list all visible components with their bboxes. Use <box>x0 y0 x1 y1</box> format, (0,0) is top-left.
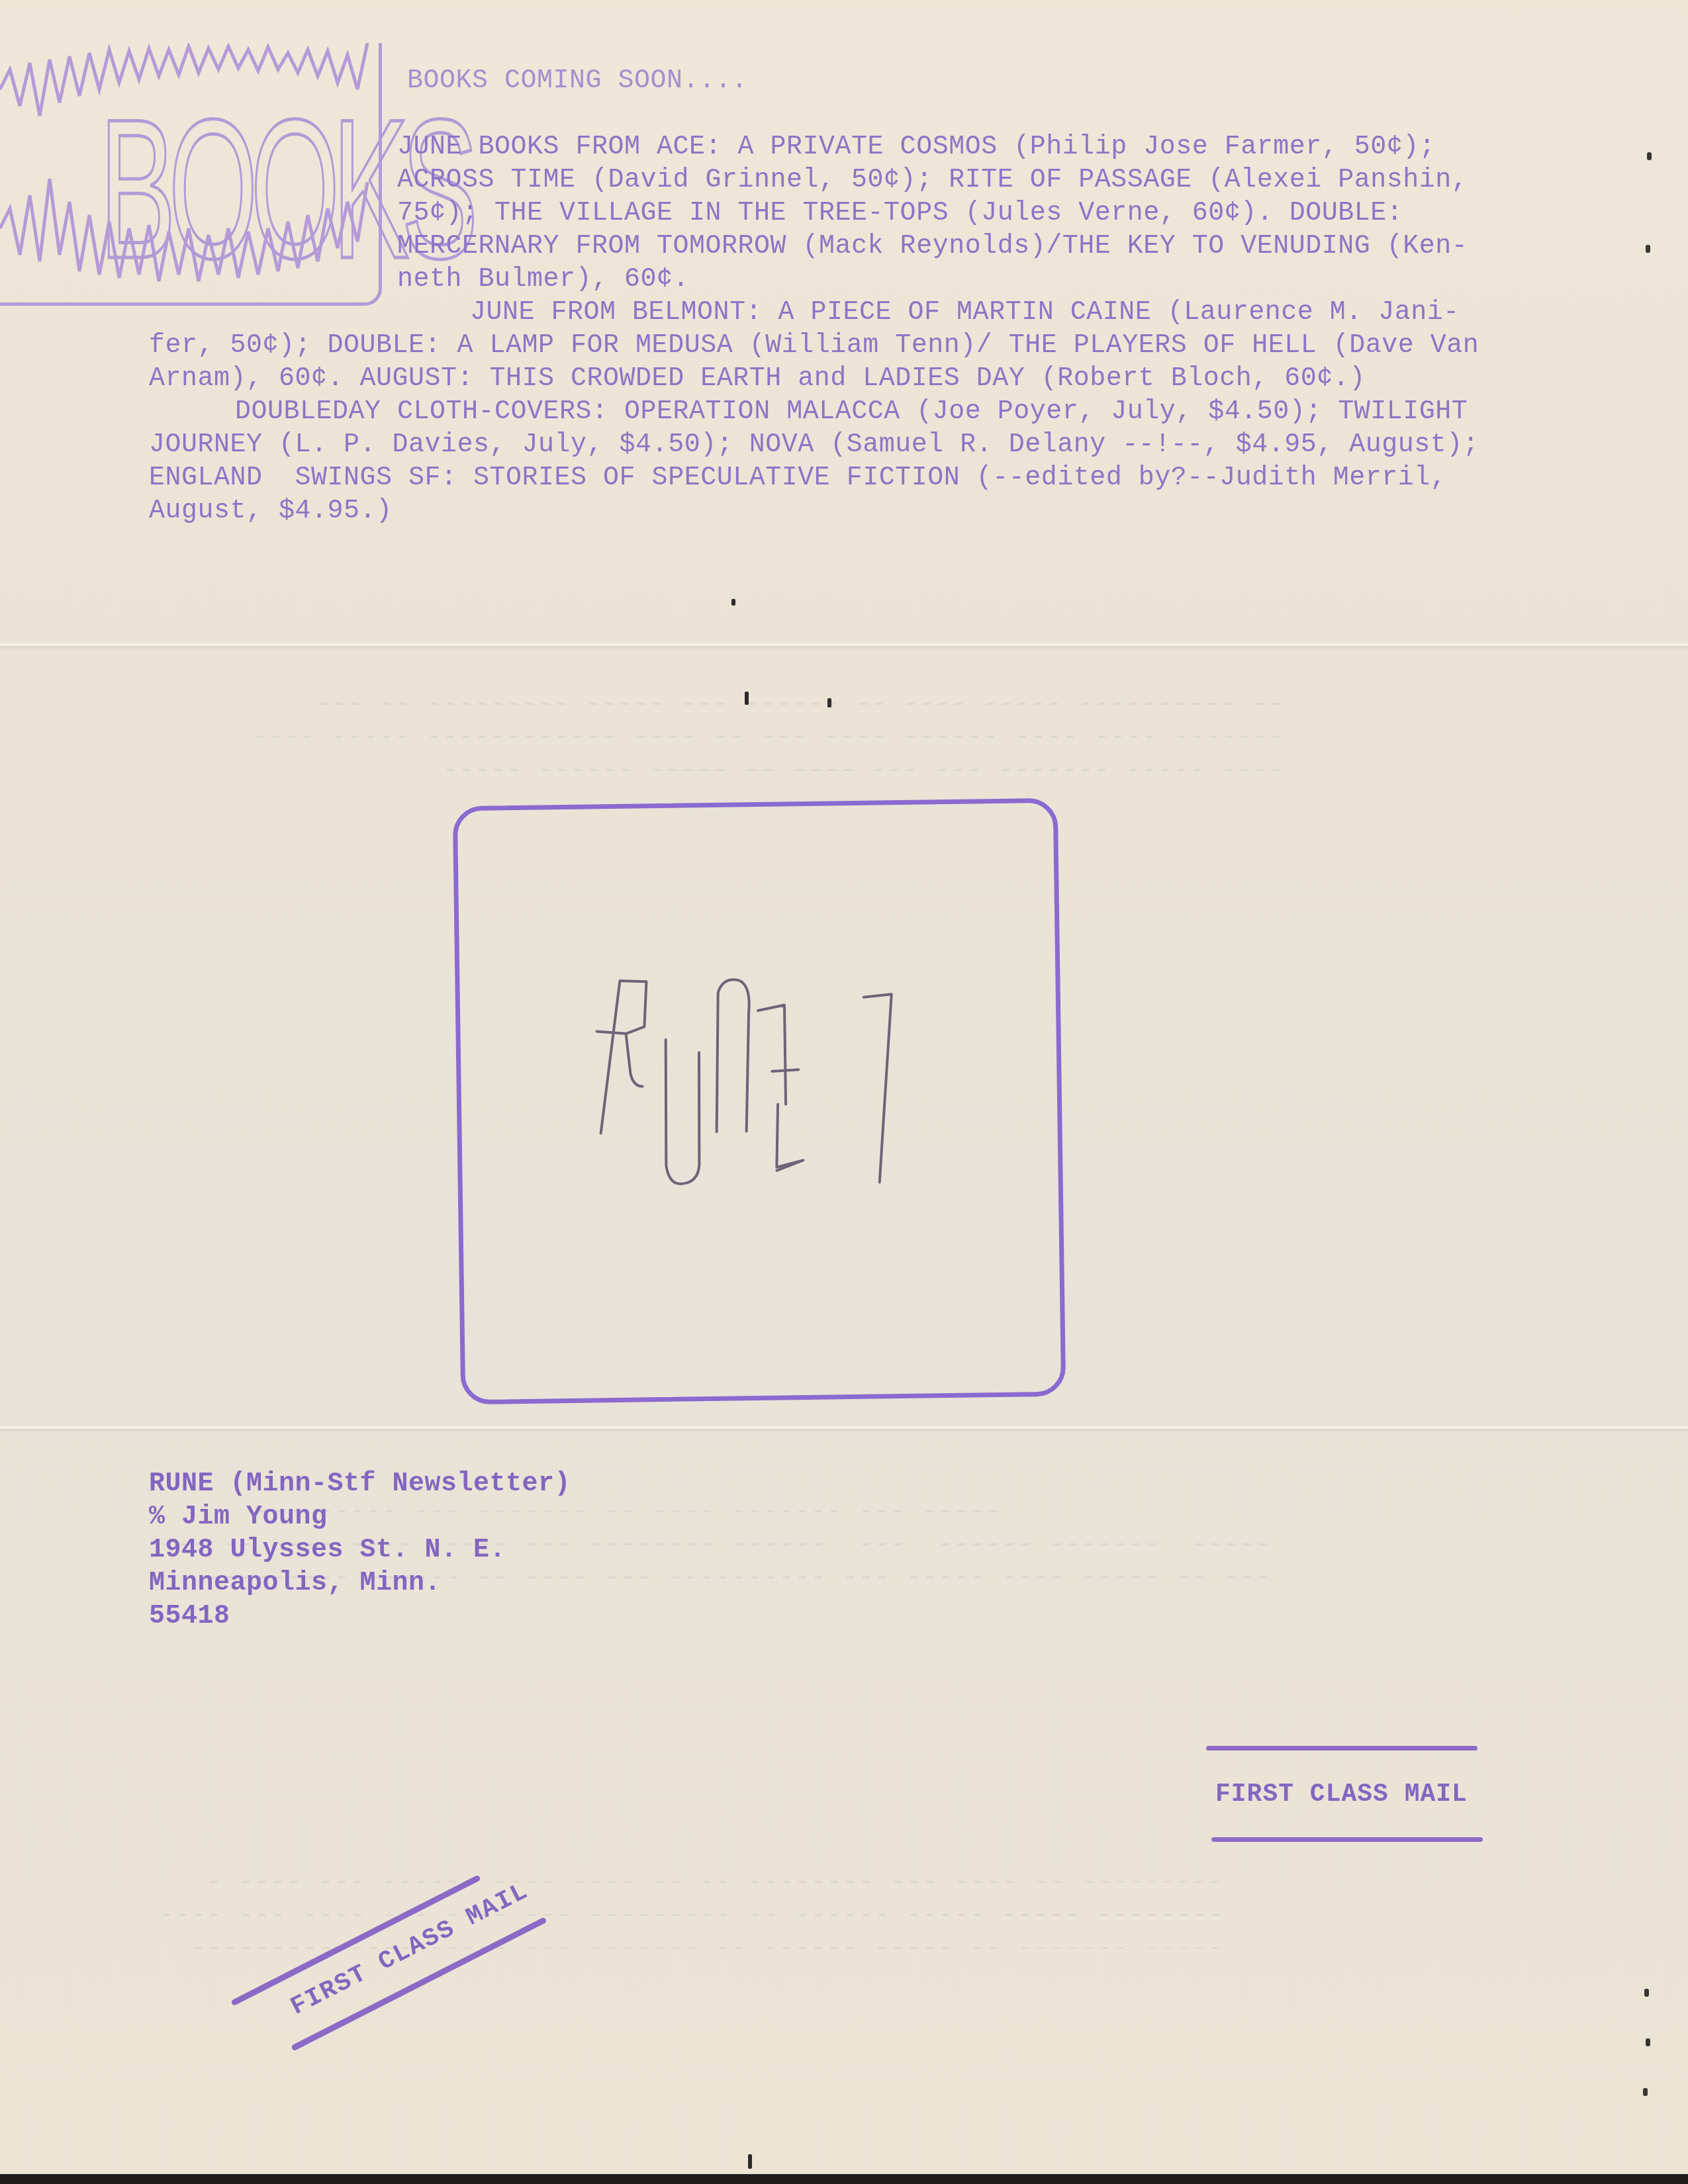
edge-mark <box>1643 2088 1648 2096</box>
fold-line-lower <box>0 1426 1688 1429</box>
address-line-zip: 55418 <box>149 1600 230 1633</box>
text-line: 75¢); THE VILLAGE IN THE TREE-TOPS (Jule… <box>397 197 1403 230</box>
text-line: JUNE BOOKS FROM ACE: A PRIVATE COSMOS (P… <box>397 131 1435 164</box>
address-line-city: Minneapolis, Minn. <box>149 1567 441 1600</box>
text-line: ENGLAND SWINGS SF: STORIES OF SPECULATIV… <box>149 462 1446 495</box>
edge-mark <box>1644 1989 1649 1997</box>
staple-hole <box>748 2154 752 2169</box>
text-line: DOUBLEDAY CLOTH-COVERS: OPERATION MALACC… <box>235 396 1468 429</box>
first-class-mail-label: FIRST CLASS MAIL <box>1215 1780 1468 1809</box>
fold-line-upper <box>0 643 1688 646</box>
edge-mark <box>1647 152 1652 160</box>
text-line: neth Bulmer), 60¢. <box>397 263 689 296</box>
text-line: JUNE FROM BELMONT: A PIECE OF MARTIN CAI… <box>470 296 1460 330</box>
address-line-street: 1948 Ulysses St. N. E. <box>149 1534 506 1567</box>
text-line: August, $4.95.) <box>149 495 393 528</box>
edge-mark <box>1646 245 1650 253</box>
show-through-text: -- ---------- ----- ---- -- ------ --- -… <box>252 688 1284 788</box>
address-line-org: RUNE (Minn-Stf Newsletter) <box>149 1468 571 1501</box>
issue-stamp-box: RUNE 7 <box>453 798 1066 1405</box>
section-title: BOOKS COMING SOON.... <box>407 65 748 98</box>
text-line: MERCERNARY FROM TOMORROW (Mack Reynolds)… <box>397 230 1468 263</box>
staple-mark <box>731 599 735 606</box>
address-line-care-of: % Jim Young <box>149 1501 328 1534</box>
text-line: ACROSS TIME (David Grinnel, 50¢); RITE O… <box>397 164 1468 197</box>
text-line: fer, 50¢); DOUBLE: A LAMP FOR MEDUSA (Wi… <box>149 330 1479 363</box>
edge-mark <box>1646 2038 1650 2046</box>
scan-edge <box>0 2174 1688 2184</box>
first-class-mail-stamp: FIRST CLASS MAIL <box>1206 1743 1484 1843</box>
text-line: Arnam), 60¢. AUGUST: THIS CROWDED EARTH … <box>149 363 1366 396</box>
books-logo: BOOKS <box>0 43 382 306</box>
text-line: JOURNEY (L. P. Davies, July, $4.50); NOV… <box>149 429 1479 462</box>
stamp-rule-top <box>1206 1746 1477 1751</box>
stamp-rule-bottom <box>1211 1837 1483 1842</box>
handwritten-rune-7: RUNE 7 <box>585 970 959 1213</box>
newsletter-page: -- ---------- ----- ---- -- ------ --- -… <box>0 0 1688 2174</box>
